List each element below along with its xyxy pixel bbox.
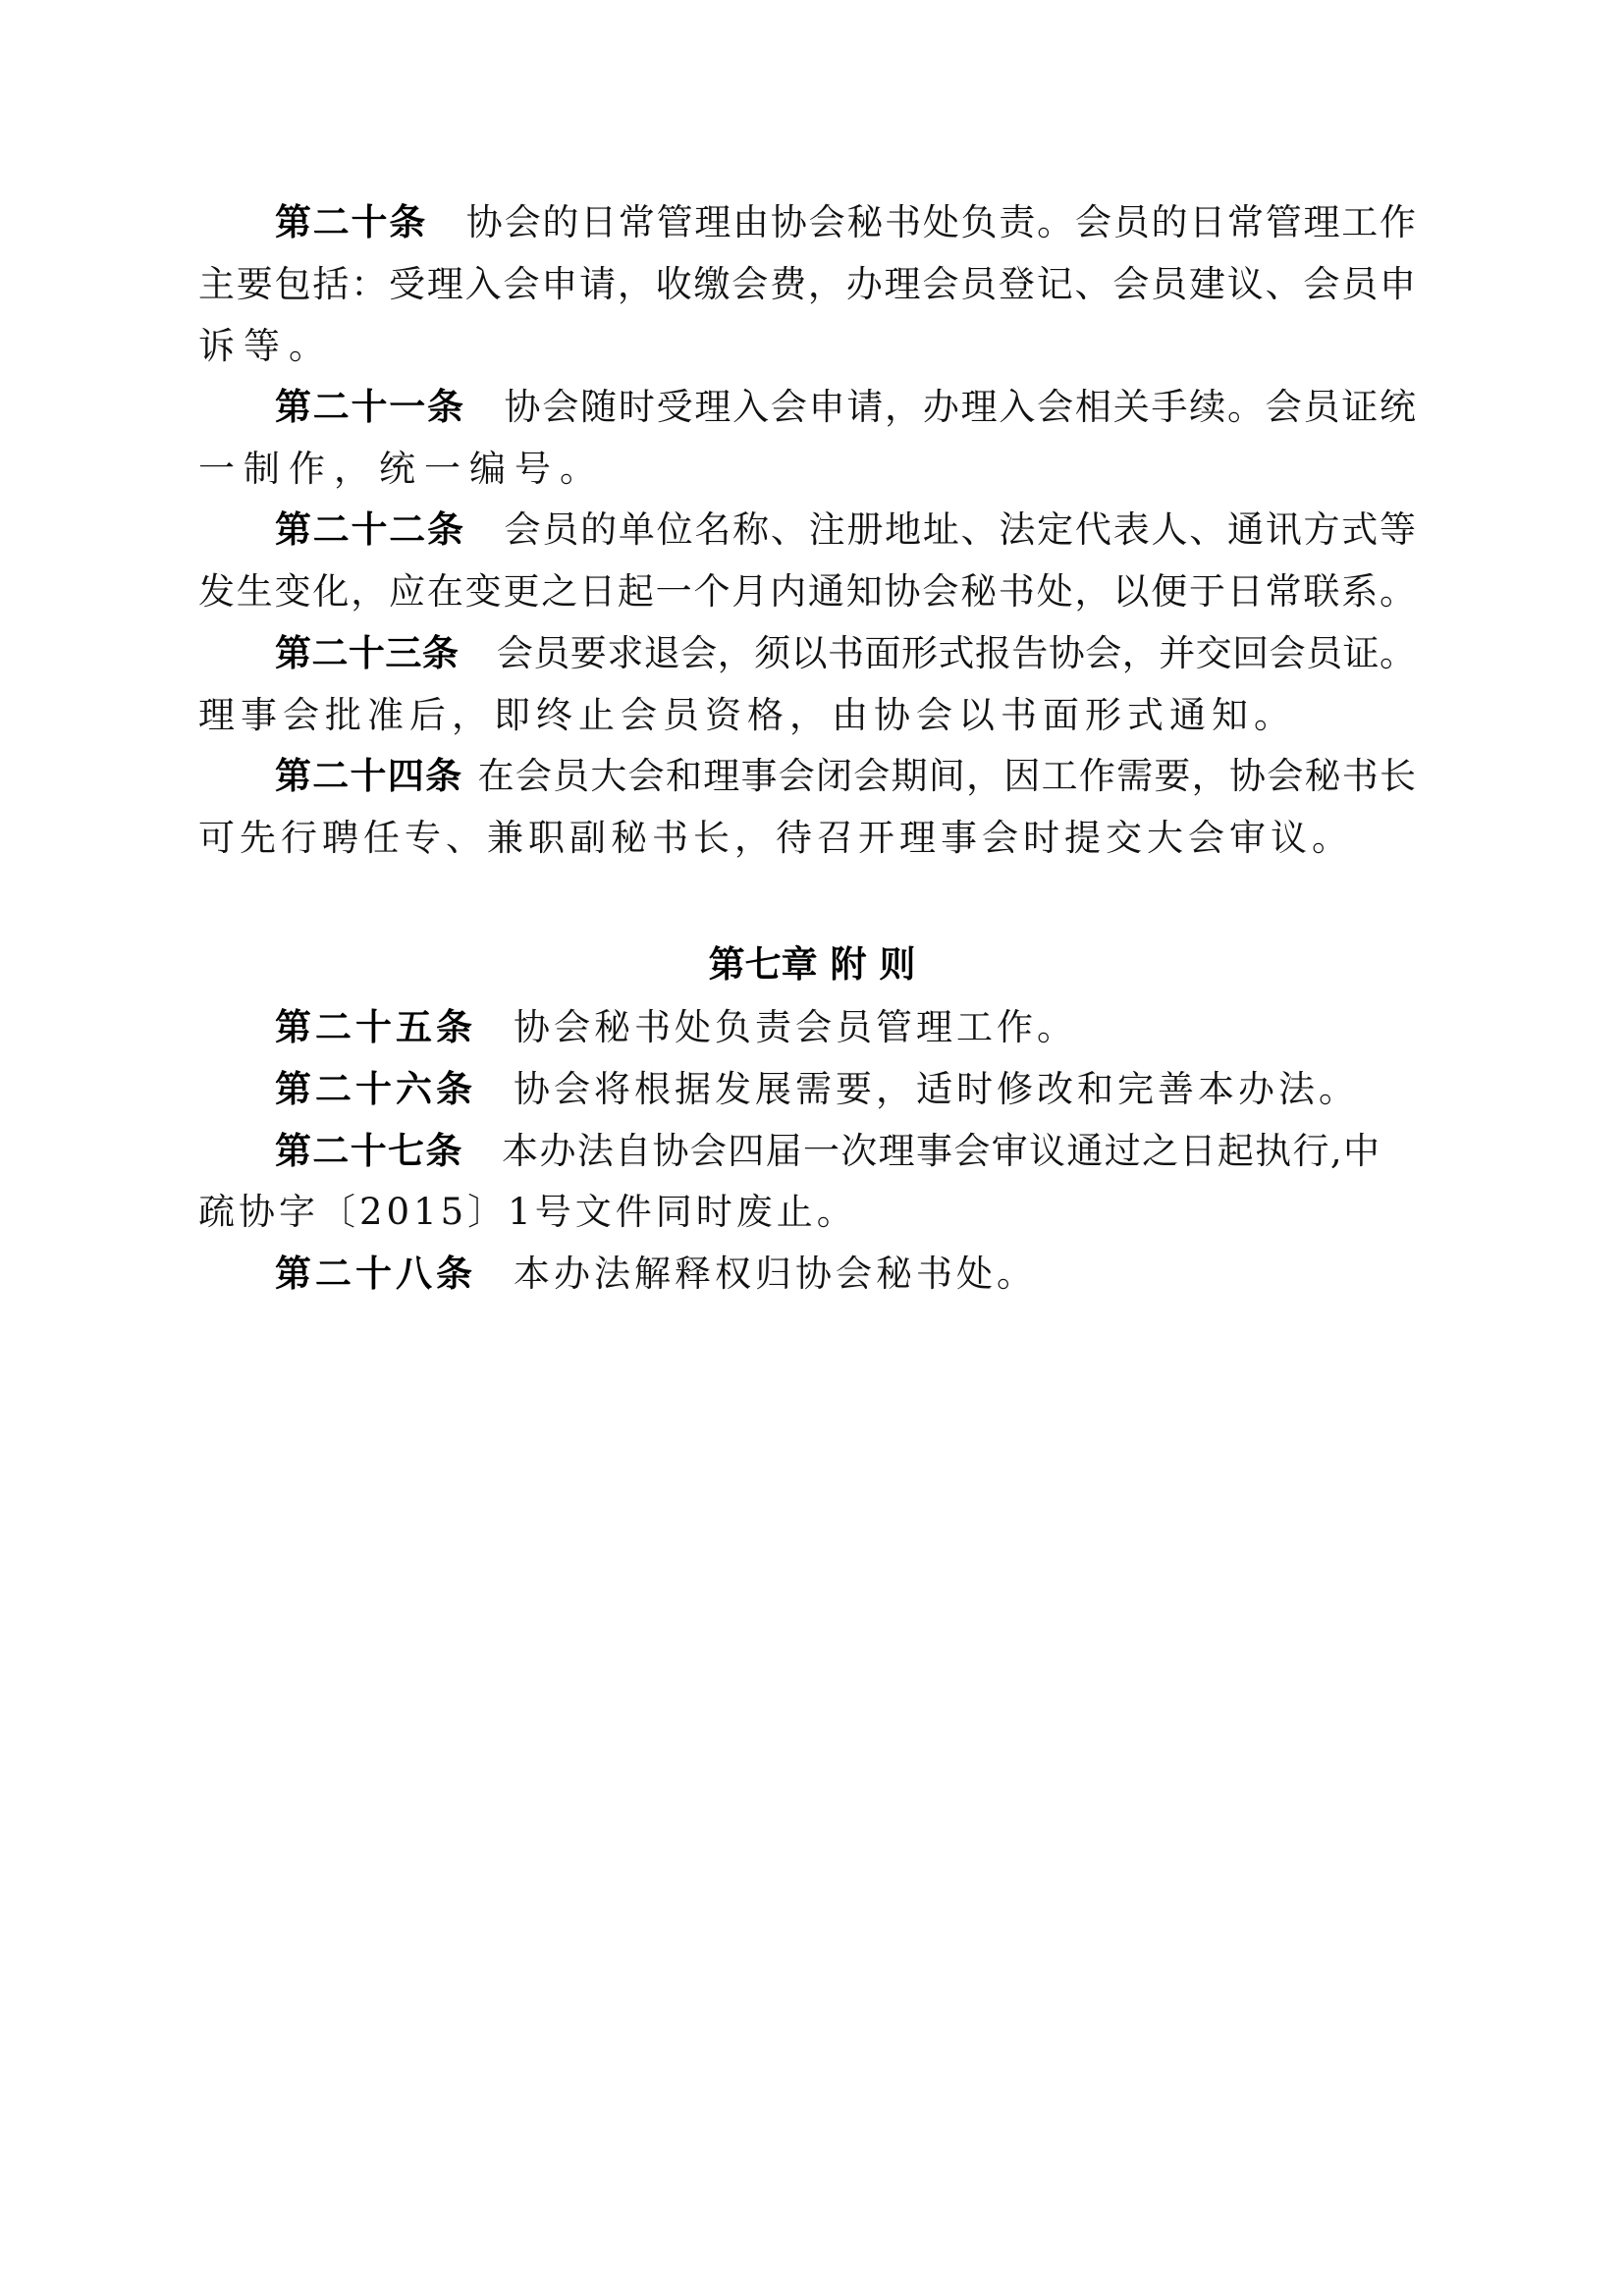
article-22-line-1: 第二十二条会员的单位名称、注册地址、法定代表人、通讯方式等 [275,508,1416,552]
article-27-line-2: 疏协字〔2015〕1号文件同时废止。 [198,1191,1416,1234]
chapter-heading: 第七章 附 则 [0,943,1624,987]
article-28-line-1: 第二十八条本办法解释权归协会秘书处。 [275,1253,1416,1296]
article-22-line-2: 发生变化，应在变更之日起一个月内通知协会秘书处，以便于日常联系。 [198,570,1416,614]
article-24-line-1: 第二十四条在会员大会和理事会闭会期间，因工作需要，协会秘书长 [275,755,1416,798]
article-text: 会员要求退会，须以书面形式报告协会，并交回会员证。 [496,632,1416,674]
article-24-line-2: 可先行聘任专、兼职副秘书长，待召开理事会时提交大会审议。 [198,817,1416,860]
article-label: 第二十条 [275,201,427,243]
article-20-line-2: 主要包括：受理入会申请，收缴会费，办理会员登记、会员建议、会员申 [198,263,1416,306]
article-text: 发生变化，应在变更之日起一个月内通知协会秘书处，以便于日常联系。 [198,570,1416,613]
article-label: 第二十五条 [275,1006,476,1048]
article-21-line-1: 第二十一条协会随时受理入会申请，办理入会相关手续。会员证统 [275,386,1416,429]
article-text: 理事会批准后，即终止会员资格，由协会以书面形式通知。 [198,694,1296,736]
article-label: 第二十二条 [275,508,465,551]
article-text: 主要包括：受理入会申请，收缴会费，办理会员登记、会员建议、会员申 [198,263,1416,305]
article-label: 第二十七条 [275,1130,463,1172]
article-20-line-3: 诉等。 [198,325,1416,368]
article-27-line-1: 第二十七条本办法自协会四届一次理事会审议通过之日起执行,中 [275,1130,1380,1173]
article-label: 第二十三条 [275,632,459,674]
article-26-line-1: 第二十六条协会将根据发展需要，适时修改和完善本办法。 [275,1068,1416,1111]
article-23-line-2: 理事会批准后，即终止会员资格，由协会以书面形式通知。 [198,694,1416,737]
article-text: 本办法自协会四届一次理事会审议通过之日起执行,中 [501,1130,1380,1172]
article-text: 本办法解释权归协会秘书处。 [514,1253,1037,1295]
article-text: 一制作，统一编号。 [198,448,605,490]
article-25-line-1: 第二十五条协会秘书处负责会员管理工作。 [275,1006,1416,1049]
article-text: 协会的日常管理由协会秘书处负责。会员的日常管理工作 [464,201,1416,243]
article-label: 第二十八条 [275,1253,476,1295]
article-text: 会员的单位名称、注册地址、法定代表人、通讯方式等 [503,508,1416,551]
article-text: 可先行聘任专、兼职副秘书长，待召开理事会时提交大会审议。 [198,817,1353,859]
document-page: 第二十条协会的日常管理由协会秘书处负责。会员的日常管理工作 主要包括：受理入会申… [0,0,1624,2296]
article-23-line-1: 第二十三条会员要求退会，须以书面形式报告协会，并交回会员证。 [275,632,1416,675]
article-text: 协会将根据发展需要，适时修改和完善本办法。 [514,1068,1359,1110]
article-label: 第二十一条 [275,386,465,428]
article-text: 协会随时受理入会申请，办理入会相关手续。会员证统 [503,386,1416,428]
article-text: 协会秘书处负责会员管理工作。 [514,1006,1077,1048]
article-label: 第二十四条 [275,755,462,797]
article-label: 第二十六条 [275,1068,476,1110]
article-20-line-1: 第二十条协会的日常管理由协会秘书处负责。会员的日常管理工作 [275,201,1416,244]
article-text: 疏协字〔2015〕1号文件同时废止。 [198,1191,857,1233]
article-21-line-2: 一制作，统一编号。 [198,448,1416,491]
article-text: 诉等。 [198,325,334,367]
article-text: 在会员大会和理事会闭会期间，因工作需要，协会秘书长 [476,755,1416,797]
